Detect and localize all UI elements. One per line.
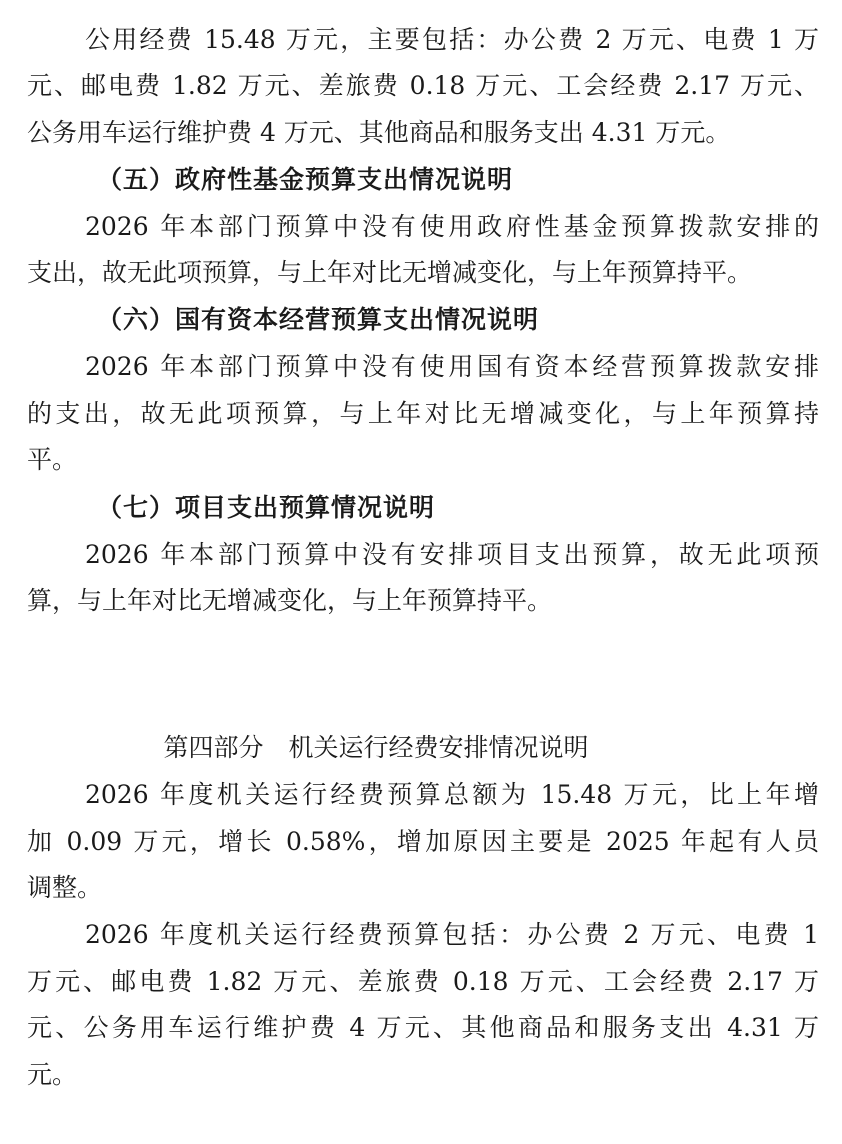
paragraph-state-capital-line-3: 平。 [27,437,819,483]
paragraph-public-funds-line-1: 公用经费 15.48 万元，主要包括：办公费 2 万元、电费 1 万 [85,17,819,63]
paragraph-operating-total-line-3: 调整。 [27,865,819,911]
section-heading-state-capital: （六）国有资本经营预算支出情况说明 [97,297,539,343]
paragraph-operating-breakdown-line-3: 元、公务用车运行维护费 4 万元、其他商品和服务支出 4.31 万 [27,1005,819,1051]
section-heading-government-fund: （五）政府性基金预算支出情况说明 [97,157,513,203]
paragraph-project-expenditure-line-1: 2026 年本部门预算中没有安排项目支出预算，故无此项预 [85,532,819,578]
paragraph-government-fund-line-1: 2026 年本部门预算中没有使用政府性基金预算拨款安排的 [85,204,819,250]
paragraph-operating-total-line-2: 加 0.09 万元，增长 0.58%，增加原因主要是 2025 年起有人员 [27,819,819,865]
paragraph-state-capital-line-2: 的支出，故无此项预算，与上年对比无增减变化，与上年预算持 [27,391,819,437]
paragraph-public-funds-line-3: 公务用车运行维护费 4 万元、其他商品和服务支出 4.31 万元。 [27,110,819,156]
section-heading-project-expenditure: （七）项目支出预算情况说明 [97,485,435,531]
paragraph-state-capital-line-1: 2026 年本部门预算中没有使用国有资本经营预算拨款安排 [85,344,819,390]
paragraph-project-expenditure-line-2: 算，与上年对比无增减变化，与上年预算持平。 [27,578,819,624]
paragraph-operating-breakdown-line-4: 元。 [27,1052,819,1098]
paragraph-government-fund-line-2: 支出，故无此项预算，与上年对比无增减变化，与上年预算持平。 [27,250,819,296]
document-page: 公用经费 15.48 万元，主要包括：办公费 2 万元、电费 1 万 元、邮电费… [0,0,842,1144]
paragraph-operating-breakdown-line-1: 2026 年度机关运行经费预算包括：办公费 2 万元、电费 1 [85,912,819,958]
paragraph-operating-breakdown-line-2: 万元、邮电费 1.82 万元、差旅费 0.18 万元、工会经费 2.17 万 [27,959,819,1005]
paragraph-public-funds-line-2: 元、邮电费 1.82 万元、差旅费 0.18 万元、工会经费 2.17 万元、 [27,63,819,109]
paragraph-operating-total-line-1: 2026 年度机关运行经费预算总额为 15.48 万元，比上年增 [85,772,819,818]
part-four-heading: 第四部分 机关运行经费安排情况说明 [0,725,842,771]
